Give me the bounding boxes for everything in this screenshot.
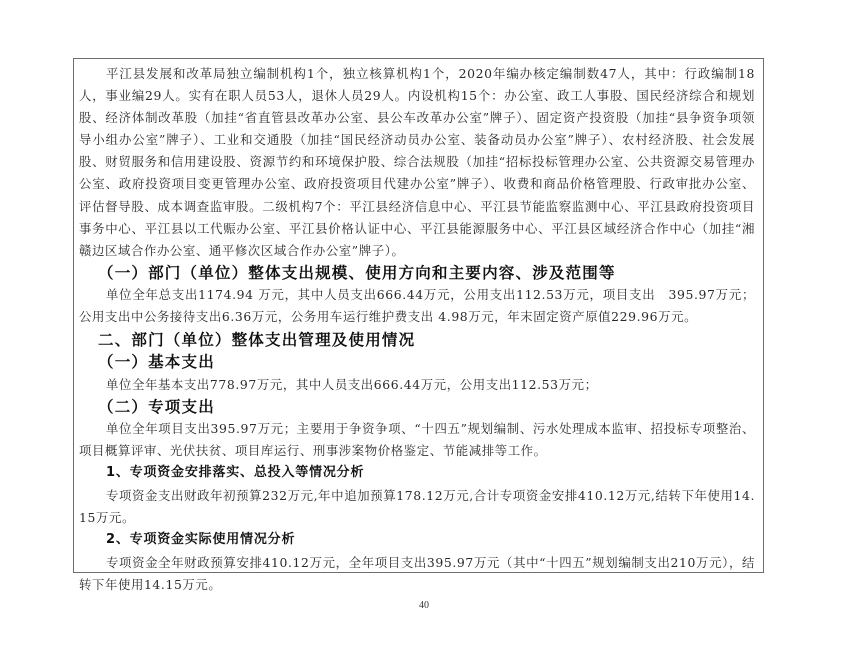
content-frame: 平江县发展和改革局独立编制机构1个，独立核算机构1个，2020年编办核定编制数4… <box>73 58 764 573</box>
intro-paragraph: 平江县发展和改革局独立编制机构1个，独立核算机构1个，2020年编办核定编制数4… <box>79 63 755 262</box>
subheading-funds-allocation: 1、专项资金安排落实、总投入等情况分析 <box>79 462 755 485</box>
subheading-special-spending: （二）专项支出 <box>79 396 755 419</box>
basic-spending-paragraph: 单位全年基本支出778.97万元，其中人员支出666.44万元，公用支出112.… <box>79 374 755 396</box>
special-spending-paragraph: 单位全年项目支出395.97万元；主要用于争资争项、“十四五”规划编制、污水处理… <box>79 418 755 462</box>
section-heading-management: 二、部门（单位）整体支出管理及使用情况 <box>79 329 755 352</box>
funds-allocation-paragraph: 专项资金支出财政年初预算232万元,年中追加预算178.12万元,合计专项资金安… <box>79 485 755 529</box>
page-number: 40 <box>414 600 434 611</box>
subheading-basic-spending: （一）基本支出 <box>79 351 755 374</box>
section-heading-overall-spending: （一）部门（单位）整体支出规模、使用方向和主要内容、涉及范围等 <box>79 262 755 285</box>
document-body: 平江县发展和改革局独立编制机构1个，独立核算机构1个，2020年编办核定编制数4… <box>79 63 755 596</box>
subheading-funds-usage: 2、专项资金实际使用情况分析 <box>79 529 755 552</box>
funds-usage-paragraph: 专项资金全年财政预算安排410.12万元，全年项目支出395.97万元（其中“十… <box>79 552 755 596</box>
total-spending-paragraph: 单位全年总支出1174.94 万元，其中人员支出666.44万元，公用支出112… <box>79 284 755 328</box>
